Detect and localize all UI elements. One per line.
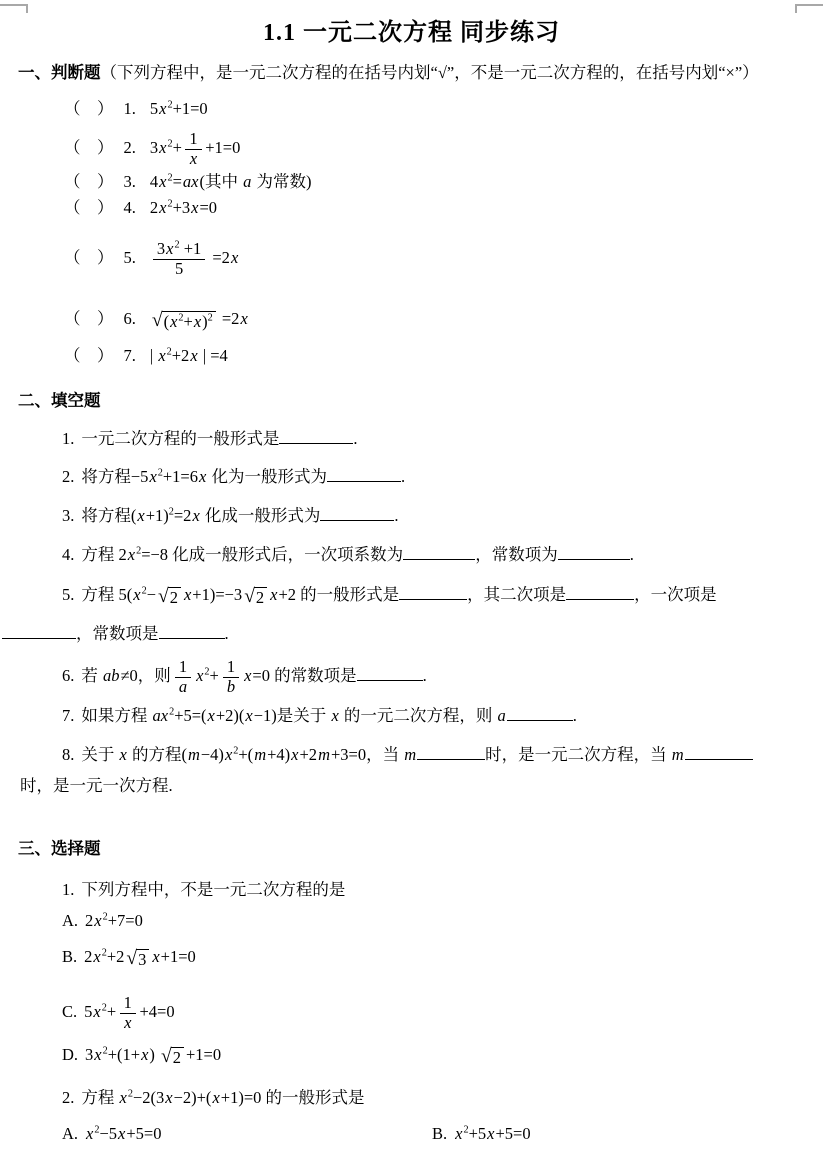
- fill-blank: [417, 742, 485, 760]
- section-3-heading-bold: 三、选择题: [18, 839, 101, 858]
- item-number: 4.: [62, 545, 74, 564]
- fill-blank: [566, 582, 634, 600]
- item-number: 3.: [62, 506, 74, 525]
- fraction: 1x: [119, 994, 136, 1033]
- item-number: 5.: [62, 585, 74, 604]
- fill-item-3: 3.将方程(x+1)2=2x 化成一般形式为.: [62, 503, 399, 528]
- equation: 3x2+(1+x) √2+1=0: [85, 1045, 221, 1064]
- answer-parens: （ ）: [64, 198, 114, 217]
- equation: √(x2+x)2 =2x: [150, 309, 249, 328]
- answer-parens: （ ）: [64, 138, 114, 157]
- fill-item-4: 4.方程 2x2=−8 化成一般形式后，一次项系数为，常数项为.: [62, 542, 634, 567]
- equation: 方程 5(x2−√2x+1)=−3√2x+2 的一般形式是，其二次项是，一次项是: [81, 585, 716, 604]
- item-number: 1.: [124, 99, 136, 118]
- answer-parens: （ ）: [64, 309, 114, 328]
- choice-option-1B: B.2x2+2√3x+1=0: [62, 945, 196, 971]
- fill-blank: [2, 621, 76, 639]
- section-2-heading: 二、填空题: [18, 389, 101, 413]
- fill-item-7: 7.如果方程 ax2+5=(x+2)(x−1)是关于 x 的一元二次方程，则 a…: [62, 703, 577, 728]
- judge-item-2: （ ）2.3x2+1x+1=0: [64, 130, 240, 169]
- fill-item-8: 8.关于 x 的方程(m−4)x2+(m+4)x+2m+3=0，当 m时，是一元…: [62, 742, 753, 767]
- item-number: 2.: [62, 1088, 74, 1107]
- equation: 3x2 +15 =2x: [150, 248, 239, 267]
- fill-blank: [327, 464, 401, 482]
- item-number: 6.: [62, 666, 74, 685]
- fill-item-2: 2.将方程−5x2+1=6x 化为一般形式为.: [62, 464, 405, 489]
- fill-blank: [279, 426, 353, 444]
- square-root: √2: [158, 587, 181, 609]
- judge-item-3: （ ）3.4x2=ax(其中 a 为常数): [64, 170, 311, 194]
- item-number: 4.: [124, 198, 136, 217]
- question-text: 方程 x2−2(3x−2)+(x+1)=0 的一般形式是: [81, 1088, 364, 1107]
- choice-option-1D: D.3x2+(1+x) √2+1=0: [62, 1043, 221, 1069]
- fill-blank: [403, 542, 475, 560]
- equation: 2x2+7=0: [85, 911, 143, 930]
- fill-item-6: 6.若 ab≠0，则1ax2+1bx=0 的常数项是.: [62, 658, 427, 697]
- square-root: √2: [244, 587, 267, 609]
- section-2-heading-bold: 二、填空题: [18, 391, 101, 410]
- fill-blank: [558, 542, 630, 560]
- answer-parens: （ ）: [64, 248, 114, 267]
- section-1-heading: 一、判断题（下列方程中，是一元二次方程的在括号内划“√”，不是一元二次方程的，在…: [18, 61, 759, 85]
- fill-blank: [159, 621, 225, 639]
- question-text: 下列方程中，不是一元二次方程的是: [81, 880, 345, 899]
- fraction: 1b: [222, 658, 240, 697]
- equation: 将方程(x+1)2=2x 化成一般形式为.: [81, 506, 398, 525]
- choice-option-1A: A.2x2+7=0: [62, 909, 143, 933]
- fraction: 3x2 +15: [153, 240, 205, 279]
- equation: 5x2+1x+4=0: [84, 1002, 174, 1021]
- fill-blank: [357, 664, 423, 682]
- answer-parens: （ ）: [64, 99, 114, 118]
- margin-crop-mark-right: [795, 4, 823, 6]
- judge-item-7: （ ）7.| x2+2x | =4: [64, 344, 228, 368]
- section-3-heading: 三、选择题: [18, 837, 101, 861]
- equation: 将方程−5x2+1=6x 化为一般形式为.: [81, 467, 405, 486]
- fill-blank: [320, 503, 394, 521]
- equation: 时，是一元一次方程.: [20, 776, 173, 795]
- equation: 一元二次方程的一般形式是.: [81, 429, 357, 448]
- item-number: 8.: [62, 745, 74, 764]
- choice-question-1: 1.下列方程中，不是一元二次方程的是: [62, 878, 345, 902]
- choice-option-2B: B.x2+5x+5=0: [432, 1122, 531, 1146]
- equation: 方程 2x2=−8 化成一般形式后，一次项系数为，常数项为.: [81, 545, 633, 564]
- fill-item-8-continuation: 时，是一元一次方程.: [20, 774, 173, 798]
- judge-item-6: （ ）6.√(x2+x)2 =2x: [64, 307, 249, 333]
- equation: 关于 x 的方程(m−4)x2+(m+4)x+2m+3=0，当 m时，是一元二次…: [81, 745, 752, 764]
- equation: 2x2+2√3x+1=0: [84, 947, 196, 966]
- fraction: 1a: [174, 658, 192, 697]
- square-root: √2: [161, 1047, 184, 1069]
- item-number: 2.: [124, 138, 136, 157]
- equation: 若 ab≠0，则1ax2+1bx=0 的常数项是.: [81, 666, 426, 685]
- worksheet-title: 1.1 一元二次方程 同步练习: [0, 12, 823, 47]
- option-label: A.: [62, 1124, 78, 1143]
- equation: 4x2=ax(其中 a 为常数): [150, 172, 312, 191]
- fill-blank: [507, 703, 573, 721]
- judge-item-1: （ ）1.5x2+1=0: [64, 97, 208, 121]
- option-label: A.: [62, 911, 78, 930]
- item-number: 6.: [124, 309, 136, 328]
- equation: x2+5x+5=0: [454, 1124, 530, 1143]
- worksheet-page: 1.1 一元二次方程 同步练习 一、判断题（下列方程中，是一元二次方程的在括号内…: [0, 0, 823, 1152]
- section-1-heading-bold: 一、判断题: [18, 63, 101, 82]
- fraction: 1x: [185, 130, 202, 169]
- item-number: 3.: [124, 172, 136, 191]
- item-number: 5.: [124, 248, 136, 267]
- equation: x2−5x+5=0: [85, 1124, 161, 1143]
- square-root: √(x2+x)2: [152, 311, 216, 333]
- item-number: 7.: [62, 706, 74, 725]
- equation: 2x2+3x=0: [150, 198, 217, 217]
- equation: 5x2+1=0: [150, 99, 208, 118]
- judge-item-5: （ ）5.3x2 +15 =2x: [64, 240, 239, 279]
- item-number: 1.: [62, 429, 74, 448]
- option-label: C.: [62, 1002, 77, 1021]
- fill-blank: [685, 742, 753, 760]
- option-label: D.: [62, 1045, 78, 1064]
- fill-item-5-continuation: ，常数项是.: [2, 621, 229, 646]
- answer-parens: （ ）: [64, 172, 114, 191]
- fill-blank: [399, 582, 467, 600]
- section-1-heading-rest: （下列方程中，是一元二次方程的在括号内划“√”，不是一元二次方程的，在括号内划“…: [101, 63, 759, 82]
- margin-crop-mark-left: [0, 4, 28, 6]
- item-number: 1.: [62, 880, 74, 899]
- option-label: B.: [432, 1124, 447, 1143]
- fill-item-5: 5.方程 5(x2−√2x+1)=−3√2x+2 的一般形式是，其二次项是，一次…: [62, 582, 717, 608]
- item-number: 2.: [62, 467, 74, 486]
- equation: | x2+2x | =4: [150, 346, 228, 365]
- equation: 如果方程 ax2+5=(x+2)(x−1)是关于 x 的一元二次方程，则 a.: [81, 706, 577, 725]
- judge-item-4: （ ）4.2x2+3x=0: [64, 196, 217, 220]
- option-label: B.: [62, 947, 77, 966]
- choice-option-1C: C.5x2+1x+4=0: [62, 994, 175, 1033]
- square-root: √3: [126, 949, 149, 971]
- choice-question-2: 2.方程 x2−2(3x−2)+(x+1)=0 的一般形式是: [62, 1086, 365, 1110]
- choice-option-2A: A.x2−5x+5=0: [62, 1122, 162, 1146]
- equation: ，常数项是.: [2, 624, 229, 643]
- item-number: 7.: [124, 346, 136, 365]
- answer-parens: （ ）: [64, 346, 114, 365]
- fill-item-1: 1.一元二次方程的一般形式是.: [62, 426, 358, 451]
- equation: 3x2+1x+1=0: [150, 138, 240, 157]
